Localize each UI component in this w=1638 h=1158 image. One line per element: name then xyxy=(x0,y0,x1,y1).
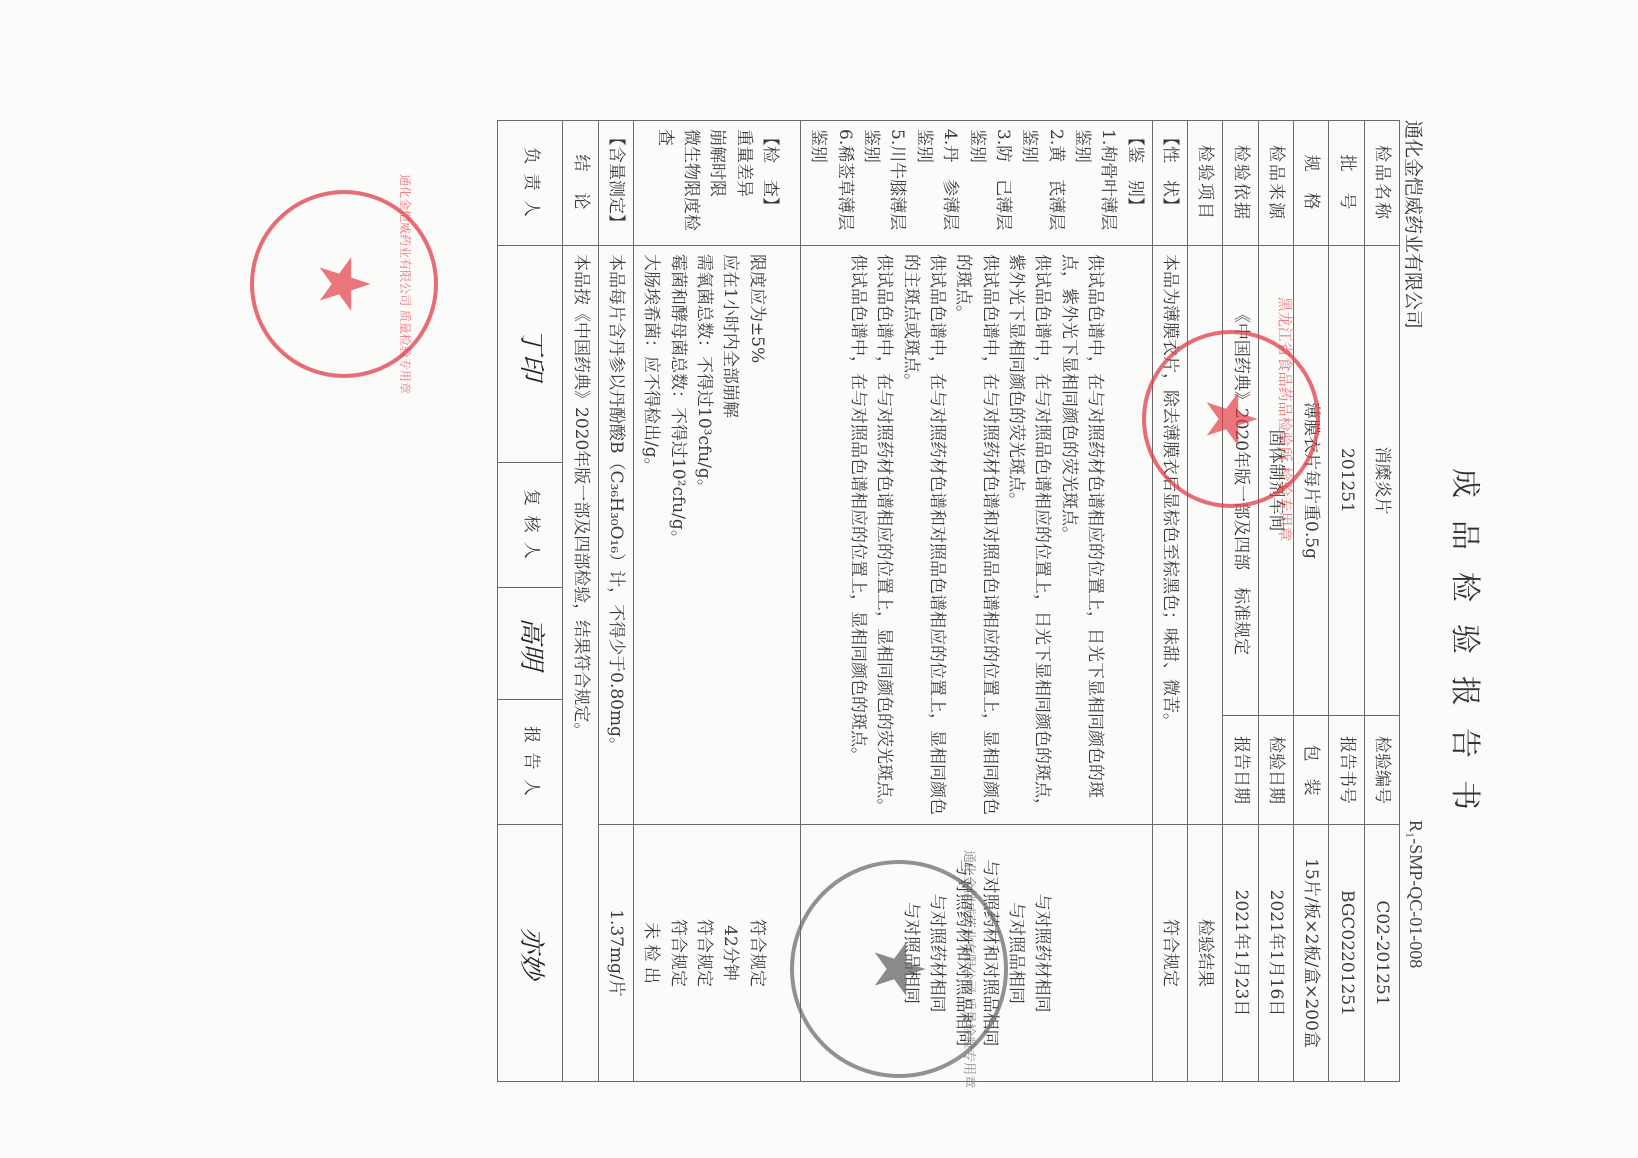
star-icon: ★ xyxy=(309,253,379,316)
disint-standard: 应在1小时内全部崩解 xyxy=(717,254,743,816)
section-standard: 供试品色谱中，在与对照药材色谱相应的位置上，日光下显相同颜色的斑点，紫外光下显相… xyxy=(1055,254,1108,816)
weight-result: 符合规定 xyxy=(743,833,769,1073)
responsible-signature: 丁印 xyxy=(498,246,563,463)
micro-result: 未 检 出 xyxy=(638,833,664,1073)
source: 固体制剂车间 xyxy=(1258,246,1293,716)
section-label: 1.枸骨叶薄层鉴别 xyxy=(1069,129,1122,237)
section-result: 与对照品相同 xyxy=(1003,833,1029,1073)
section-label: 6.稀莶草薄层鉴别 xyxy=(805,129,858,237)
reporter-label: 报 告 人 xyxy=(498,700,562,825)
product-name-label: 检品名称 xyxy=(1364,121,1399,246)
inspect-date-label: 检验日期 xyxy=(1258,716,1293,825)
section-label: 4.丹 参薄层鉴别 xyxy=(911,129,964,237)
report-no: BGC02201251 xyxy=(1329,825,1364,1082)
section-label: 3.防 己薄层鉴别 xyxy=(963,129,1016,237)
section-result: 与对照品相同 xyxy=(897,833,923,1073)
section-result: 符合规定 xyxy=(1152,825,1187,1082)
package-label: 包 装 xyxy=(1293,716,1328,825)
table-row: 【鉴 别】 1.枸骨叶薄层鉴别 2.黄 芪薄层鉴别 3.防 己薄层鉴别 4.丹 … xyxy=(801,121,1152,1082)
inspect-date: 2021年1月16日 xyxy=(1258,825,1293,1082)
section-result: 与对照药材相同 xyxy=(1029,833,1055,1073)
conclusion-text: 本品按《中国药典》2020年版一部及四部检验，结果符合规定。 xyxy=(563,246,598,1082)
table-row: 批 号 201251 报告书号 BGC02201251 xyxy=(1329,121,1364,1082)
table-row: 检品来源 固体制剂车间 检验日期 2021年1月16日 xyxy=(1258,121,1293,1082)
assay-label: 【含量测定】 xyxy=(598,121,633,246)
disint-label: 崩解时限 xyxy=(704,129,730,237)
micro-standard: 大肠埃希菌：应不得检出/g。 xyxy=(638,254,664,816)
micro-standard: 霉菌和酵母菌总数：不得过10²cfu/g。 xyxy=(664,254,690,816)
package: 15片/板×2板/盒×200盒 xyxy=(1293,825,1328,1082)
section-standard: 供试品色谱中，在与对照品色谱相应的位置上，日光下显相同颜色的斑点，紫外光下显相同… xyxy=(1003,254,1056,816)
reporter-signature: 亦妙 xyxy=(498,825,563,1082)
results-label: 检验结果 xyxy=(1187,825,1222,1082)
table-row: 【性 状】 本品为薄膜衣片，除去薄膜衣后显棕色至棕黑色；味甜、微苦。 符合规定 xyxy=(1152,121,1187,1082)
responsible-label: 负 责 人 xyxy=(498,121,563,246)
section-result: 与对照药材和对照品相同 xyxy=(950,833,976,1073)
micro-standard: 需氧菌总数：不得过10³cfu/g。 xyxy=(691,254,717,816)
section-label: 2.黄 芪薄层鉴别 xyxy=(1016,129,1069,237)
section-result: 与对照药材和对照品相同 xyxy=(976,833,1002,1073)
section-label: 【性 状】 xyxy=(1152,121,1187,246)
table-row: 规 格 薄膜衣片每片重0.5g 包 装 15片/板×2板/盒×200盒 xyxy=(1293,121,1328,1082)
inspection-no-label: 检验编号 xyxy=(1364,716,1399,825)
report-date-label: 报告日期 xyxy=(1223,716,1258,825)
red-seal-bottom: ★ 通化金恺威药业有限公司 质量检验专用章 xyxy=(250,190,438,378)
report-date: 2021年1月23日 xyxy=(1223,825,1258,1082)
reviewer-signature: 高明 xyxy=(498,588,562,700)
section-standard: 供试品色谱中，在与对照药材色谱和对照品色谱相应的位置上，显相同颜色的斑点。 xyxy=(950,254,1003,816)
report-table: 检品名称 消糜炎片 检验编号 C02-201251 批 号 201251 报告书… xyxy=(497,120,1400,1082)
micro-result: 符合规定 xyxy=(664,833,690,1073)
disint-result: 42分钟 xyxy=(717,833,743,1073)
report-page: 成品检验报告书 通化金恺威药业有限公司 R₁-SMP-QC-01-008 检品名… xyxy=(0,0,1638,1158)
source-label: 检品来源 xyxy=(1258,121,1293,246)
seal-text: 通化金恺威药业有限公司 质量检验专用章 xyxy=(397,174,414,394)
items-label: 检验项目 xyxy=(1187,121,1222,246)
report-no-label: 报告书号 xyxy=(1329,716,1364,825)
table-row: 负 责 人 丁印 复 核 人 高明 报 告 人 亦妙 xyxy=(498,121,563,1082)
inspection-no: C02-201251 xyxy=(1364,825,1399,1082)
product-name: 消糜炎片 xyxy=(1364,246,1399,716)
conclusion-label: 结 论 xyxy=(563,121,598,246)
batch: 201251 xyxy=(1329,246,1364,716)
section-result: 与对照药材相同 xyxy=(924,833,950,1073)
spec-label: 规 格 xyxy=(1293,121,1328,246)
table-row: 检验项目 检验结果 xyxy=(1187,121,1222,1082)
micro-result: 符合规定 xyxy=(691,833,717,1073)
company-name: 通化金恺威药业有限公司 xyxy=(1401,120,1428,329)
weight-standard: 限度应为±5% xyxy=(743,254,769,816)
checks-label: 【检 查】 xyxy=(757,129,783,237)
form-code: R₁-SMP-QC-01-008 xyxy=(1405,820,1426,968)
basis-label: 检验依据 xyxy=(1223,121,1258,246)
basis: 《中国药典》2020年版一部及四部 标准规定 xyxy=(1223,246,1258,716)
section-standard: 供试品色谱中，在与对照药材色谱相应的位置上，显相同颜色的荧光斑点。 xyxy=(871,254,897,816)
section-label: 5.川牛膝薄层鉴别 xyxy=(858,129,911,237)
reviewer-label: 复 核 人 xyxy=(498,463,562,588)
assay-standard: 本品每片含丹参以丹酚酸B（C₃₆H₃₀O₁₆）计，不得少于0.80mg。 xyxy=(598,246,633,825)
section-standard: 供试品色谱中，在与对照药材色谱和对照品色谱相应的位置上，显相同颜色的主斑点或斑点… xyxy=(897,254,950,816)
table-row: 【检 查】 重量差异 崩解时限 微生物限度检查 限度应为±5% 应在1小时内全部… xyxy=(634,121,801,1082)
assay-result: 1.37mg/片 xyxy=(598,825,633,1082)
batch-label: 批 号 xyxy=(1329,121,1364,246)
table-row: 【含量测定】 本品每片含丹参以丹酚酸B（C₃₆H₃₀O₁₆）计，不得少于0.80… xyxy=(598,121,633,1082)
page-title: 成品检验报告书 xyxy=(1446,300,1490,1000)
section-standard: 本品为薄膜衣片，除去薄膜衣后显棕色至棕黑色；味甜、微苦。 xyxy=(1152,246,1187,825)
table-row: 检品名称 消糜炎片 检验编号 C02-201251 xyxy=(1364,121,1399,1082)
section-standard: 供试品色谱中，在与对照品色谱相应的位置上，显相同颜色的斑点。 xyxy=(845,254,871,816)
table-row: 结 论 本品按《中国药典》2020年版一部及四部检验，结果符合规定。 xyxy=(563,121,598,1082)
section-label: 【鉴 别】 xyxy=(1121,129,1147,237)
micro-label: 微生物限度检查 xyxy=(651,129,704,237)
spec: 薄膜衣片每片重0.5g xyxy=(1293,246,1328,716)
table-row: 检验依据 《中国药典》2020年版一部及四部 标准规定 报告日期 2021年1月… xyxy=(1223,121,1258,1082)
weight-label: 重量差异 xyxy=(730,129,756,237)
